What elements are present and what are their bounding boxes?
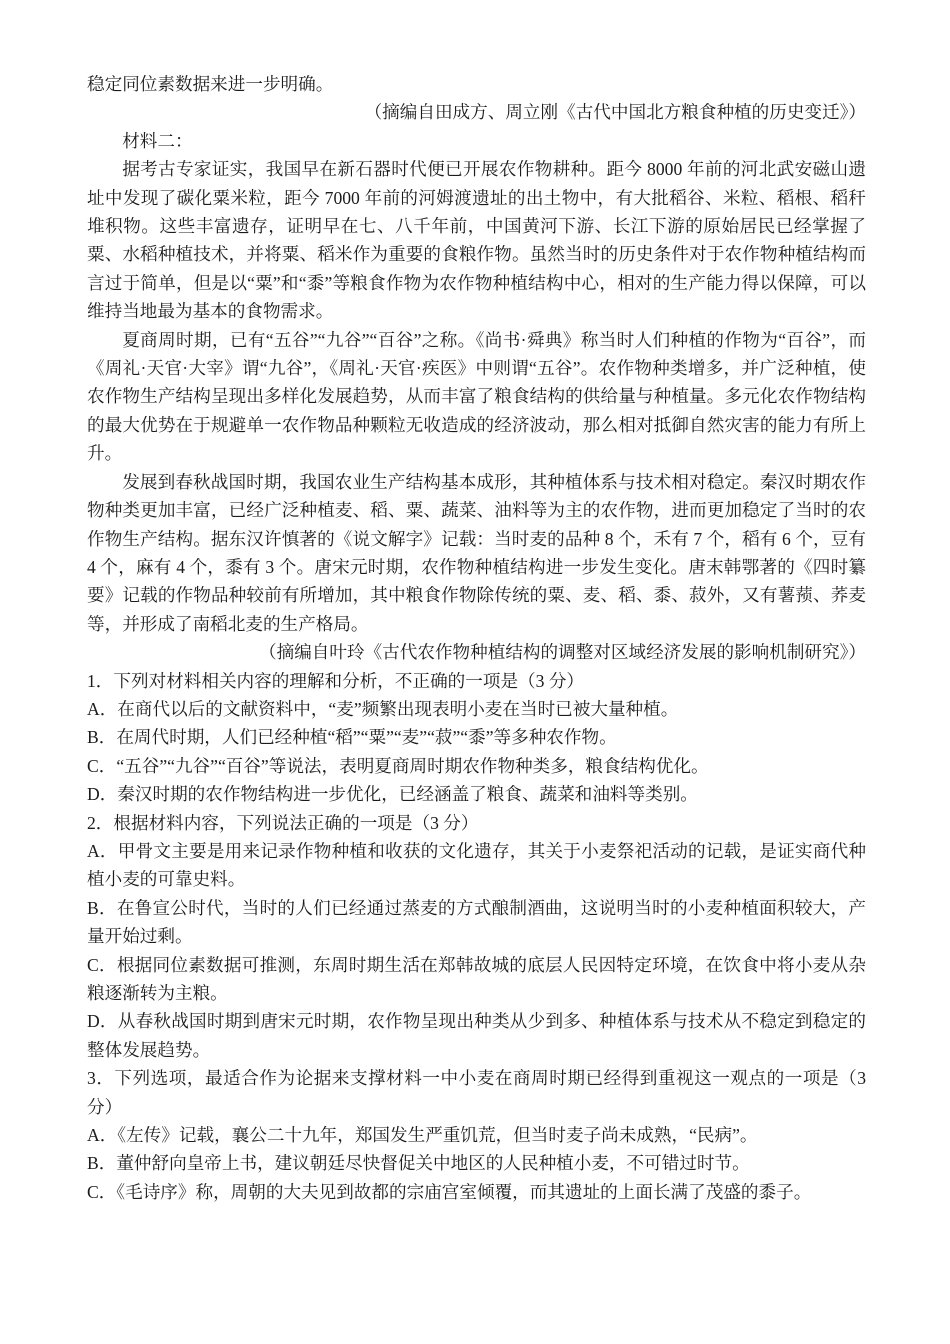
material-two-paragraph-1: 据考古专家证实，我国早在新石器时代便已开展农作物耕种。距今 8000 年前的河北… — [87, 155, 866, 325]
question-1-option-d: D．秦汉时期的农作物结构进一步优化，已经涵盖了粮食、蔬菜和油料等类别。 — [87, 780, 866, 808]
question-3-stem: 3．下列选项，最适合作为论据来支撑材料一中小麦在商周时期已经得到重视这一观点的一… — [87, 1064, 866, 1121]
passage-continuation-line: 稳定同位素数据来进一步明确。 — [87, 70, 866, 98]
material-two-label: 材料二： — [87, 127, 866, 155]
source-attribution-material-two: （摘编自叶玲《古代农作物种植结构的调整对区域经济发展的影响机制研究》） — [87, 638, 866, 666]
exam-document-page: 稳定同位素数据来进一步明确。 （摘编自田成方、周立刚《古代中国北方粮食种植的历史… — [0, 0, 950, 1344]
question-3-option-b: B．董仲舒向皇帝上书，建议朝廷尽快督促关中地区的人民种植小麦，不可错过时节。 — [87, 1149, 866, 1177]
question-1-option-c: C．“五谷”“九谷”“百谷”等说法，表明夏商周时期农作物种类多，粮食结构优化。 — [87, 752, 866, 780]
question-1-stem: 1．下列对材料相关内容的理解和分析，不正确的一项是（3 分） — [87, 667, 866, 695]
document-content: 稳定同位素数据来进一步明确。 （摘编自田成方、周立刚《古代中国北方粮食种植的历史… — [0, 0, 950, 1206]
question-2-option-d: D．从春秋战国时期到唐宋元时期，农作物呈现出种类从少到多、种植体系与技术从不稳定… — [87, 1007, 866, 1064]
question-3-option-c: C．《毛诗序》称，周朝的大夫见到故都的宗庙宫室倾覆，而其遗址的上面长满了茂盛的黍… — [87, 1178, 866, 1206]
question-3-option-a: A．《左传》记载，襄公二十九年，郑国发生严重饥荒，但当时麦子尚未成熟，“民病”。 — [87, 1121, 866, 1149]
source-attribution-material-one: （摘编自田成方、周立刚《古代中国北方粮食种植的历史变迁》） — [87, 98, 866, 126]
question-1-option-a: A．在商代以后的文献资料中，“麦”频繁出现表明小麦在当时已被大量种植。 — [87, 695, 866, 723]
question-1-option-b: B．在周代时期，人们已经种植“稻”“粟”“麦”“菽”“黍”等多种农作物。 — [87, 723, 866, 751]
question-2-option-a: A．甲骨文主要是用来记录作物种植和收获的文化遗存，其关于小麦祭祀活动的记载，是证… — [87, 837, 866, 894]
question-2-option-b: B．在鲁宣公时代，当时的人们已经通过蒸麦的方式酿制酒曲，这说明当时的小麦种植面积… — [87, 894, 866, 951]
material-two-paragraph-2: 夏商周时期，已有“五谷”“九谷”“百谷”之称。《尚书·舜典》称当时人们种植的作物… — [87, 326, 866, 468]
material-two-paragraph-3: 发展到春秋战国时期，我国农业生产结构基本成形，其种植体系与技术相对稳定。秦汉时期… — [87, 468, 866, 638]
question-2-option-c: C．根据同位素数据可推测，东周时期生活在郑韩故城的底层人民因特定环境，在饮食中将… — [87, 951, 866, 1008]
question-2-stem: 2．根据材料内容，下列说法正确的一项是（3 分） — [87, 809, 866, 837]
